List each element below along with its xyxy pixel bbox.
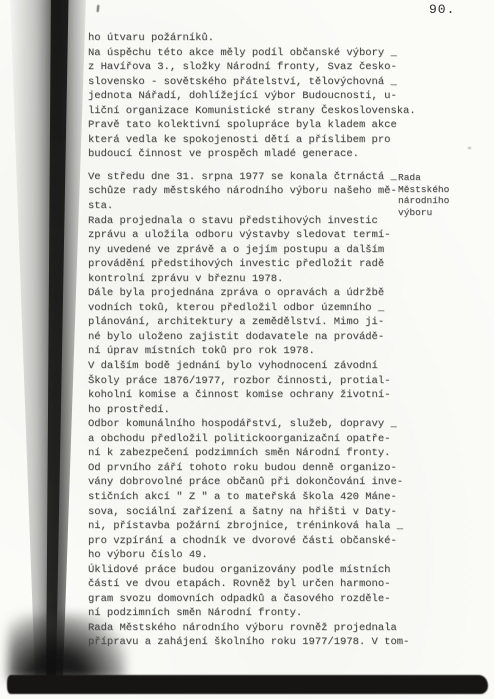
text-line: ny uvedené ve zprávě a o jejím postupu a…: [88, 243, 424, 258]
text-line: Městského: [398, 184, 488, 196]
text-line: výboru: [398, 207, 488, 219]
text-line: plánování, architektury a zemědělství. M…: [88, 315, 424, 330]
text-line: stičních akcí " Z " a to mateřská škola …: [88, 490, 424, 505]
text-line: zprávu a uložila odboru výstavby sledova…: [88, 228, 424, 243]
text-line: budoucí činnost ve prospěch mladé genera…: [88, 147, 424, 162]
text-line: ho prostředí.: [88, 403, 424, 418]
text-line: Úklidové práce budou organizovány podle …: [88, 563, 424, 578]
text-line: Rada projednala o stavu předstihových in…: [88, 214, 424, 229]
scan-speck: [97, 5, 100, 12]
text-line: která vedla ke spokojenosti dětí a přísl…: [88, 133, 424, 148]
text-line: liční organizace Komunistické strany Čes…: [88, 104, 424, 119]
paragraph: Od prvního září tohoto roku budou denně …: [88, 461, 424, 563]
paragraph: Odbor komunálního hospodářství, služeb, …: [88, 417, 424, 461]
text-line: gram svozu domovních odpadků a časového …: [88, 592, 424, 607]
text-line: V dalším bodě jednání bylo vyhodnocení z…: [88, 359, 424, 374]
text-line: ni, přístavba požární zbrojnice, trénink…: [88, 519, 424, 534]
page-number: 90.: [429, 2, 455, 17]
text-line: koholní komise a činnost komise ochrany …: [88, 388, 424, 403]
text-line: Ve středu dne 31. srpna 1977 se konala č…: [88, 170, 424, 185]
text-line: částí ve dvou etapách. Rovněž byl určen …: [88, 577, 424, 592]
text-line: Na úspěchu této akce měly podíl občanské…: [88, 46, 424, 61]
text-line: Odbor komunálního hospodářství, služeb, …: [88, 417, 424, 432]
text-line: jednota Nářadí, dohlížející výbor Budouc…: [88, 89, 424, 104]
text-line: národního: [398, 195, 488, 207]
text-line: né bylo uloženo zajistit dodavatele na p…: [88, 330, 424, 345]
text-line: pro vzpírání a chodník ve dvorové části …: [88, 534, 424, 549]
text-line: vodních toků, kterou předložil odbor úze…: [88, 301, 424, 316]
paragraph: Rada projednala o stavu předstihových in…: [88, 214, 424, 287]
text-line: sova, sociální zařízení a šatny na hřišt…: [88, 505, 424, 520]
text-line: Dále byla projednána zpráva o opravách a…: [88, 286, 424, 301]
paragraph: Dále byla projednána zpráva o opravách a…: [88, 286, 424, 359]
text-line: Pravě tato kolektivní spolupráce byla kl…: [88, 118, 424, 133]
text-line: provádění předstihových investic předlož…: [88, 257, 424, 272]
text-line: ní podzimních směn Národní fronty.: [88, 606, 424, 621]
scan-speck: [468, 147, 471, 149]
text-line: ní úprav místních toků pro rok 1978.: [88, 344, 424, 359]
text-line: slovensko - sovětského přátelství, tělov…: [88, 75, 424, 90]
text-line: Od prvního září tohoto roku budou denně …: [88, 461, 424, 476]
paragraph: Pravě tato kolektivní spolupráce byla kl…: [88, 118, 424, 162]
bottom-scan-shadow-bar: [7, 675, 488, 694]
paragraph: ho útvaru požárníků.: [88, 31, 424, 46]
text-line: ní k zabezpečení podzimních směn Národní…: [88, 446, 424, 461]
text-line: Rada Městského národního výboru rovněž p…: [88, 621, 424, 636]
scanned-document-page: 90. ho útvaru požárníků.Na úspěchu této …: [0, 0, 494, 699]
paragraph: Na úspěchu této akce měly podíl občanské…: [88, 46, 424, 119]
text-line: vány dobrovolné práce občanů při dokončo…: [88, 475, 424, 490]
text-line: schůze rady městského národního výboru n…: [88, 184, 424, 199]
text-line: ho výboru číslo 49.: [88, 548, 424, 563]
text-line: kontrolní zprávu v březnu 1978.: [88, 272, 424, 287]
paragraph: Rada Městského národního výboru rovněž p…: [88, 621, 424, 650]
body-text: ho útvaru požárníků.Na úspěchu této akce…: [88, 31, 424, 650]
text-line: ho útvaru požárníků.: [88, 31, 424, 46]
text-line: z Havířova 3., složky Národní fronty, Sv…: [88, 60, 424, 75]
text-line: Školy práce 1876/1977, rozbor činnosti, …: [88, 374, 424, 389]
text-line: přípravu a zahájení školního roku 1977/1…: [88, 635, 424, 650]
margin-note: RadaMěstskéhonárodníhovýboru: [398, 172, 488, 218]
text-line: sta.: [88, 199, 424, 214]
text-line: a obchodu předložil politickoorganizační…: [88, 432, 424, 447]
text-line: Rada: [398, 172, 488, 184]
paragraph: V dalším bodě jednání bylo vyhodnocení z…: [88, 359, 424, 417]
paragraph: Ve středu dne 31. srpna 1977 se konala č…: [88, 170, 424, 214]
paragraph: Úklidové práce budou organizovány podle …: [88, 563, 424, 621]
